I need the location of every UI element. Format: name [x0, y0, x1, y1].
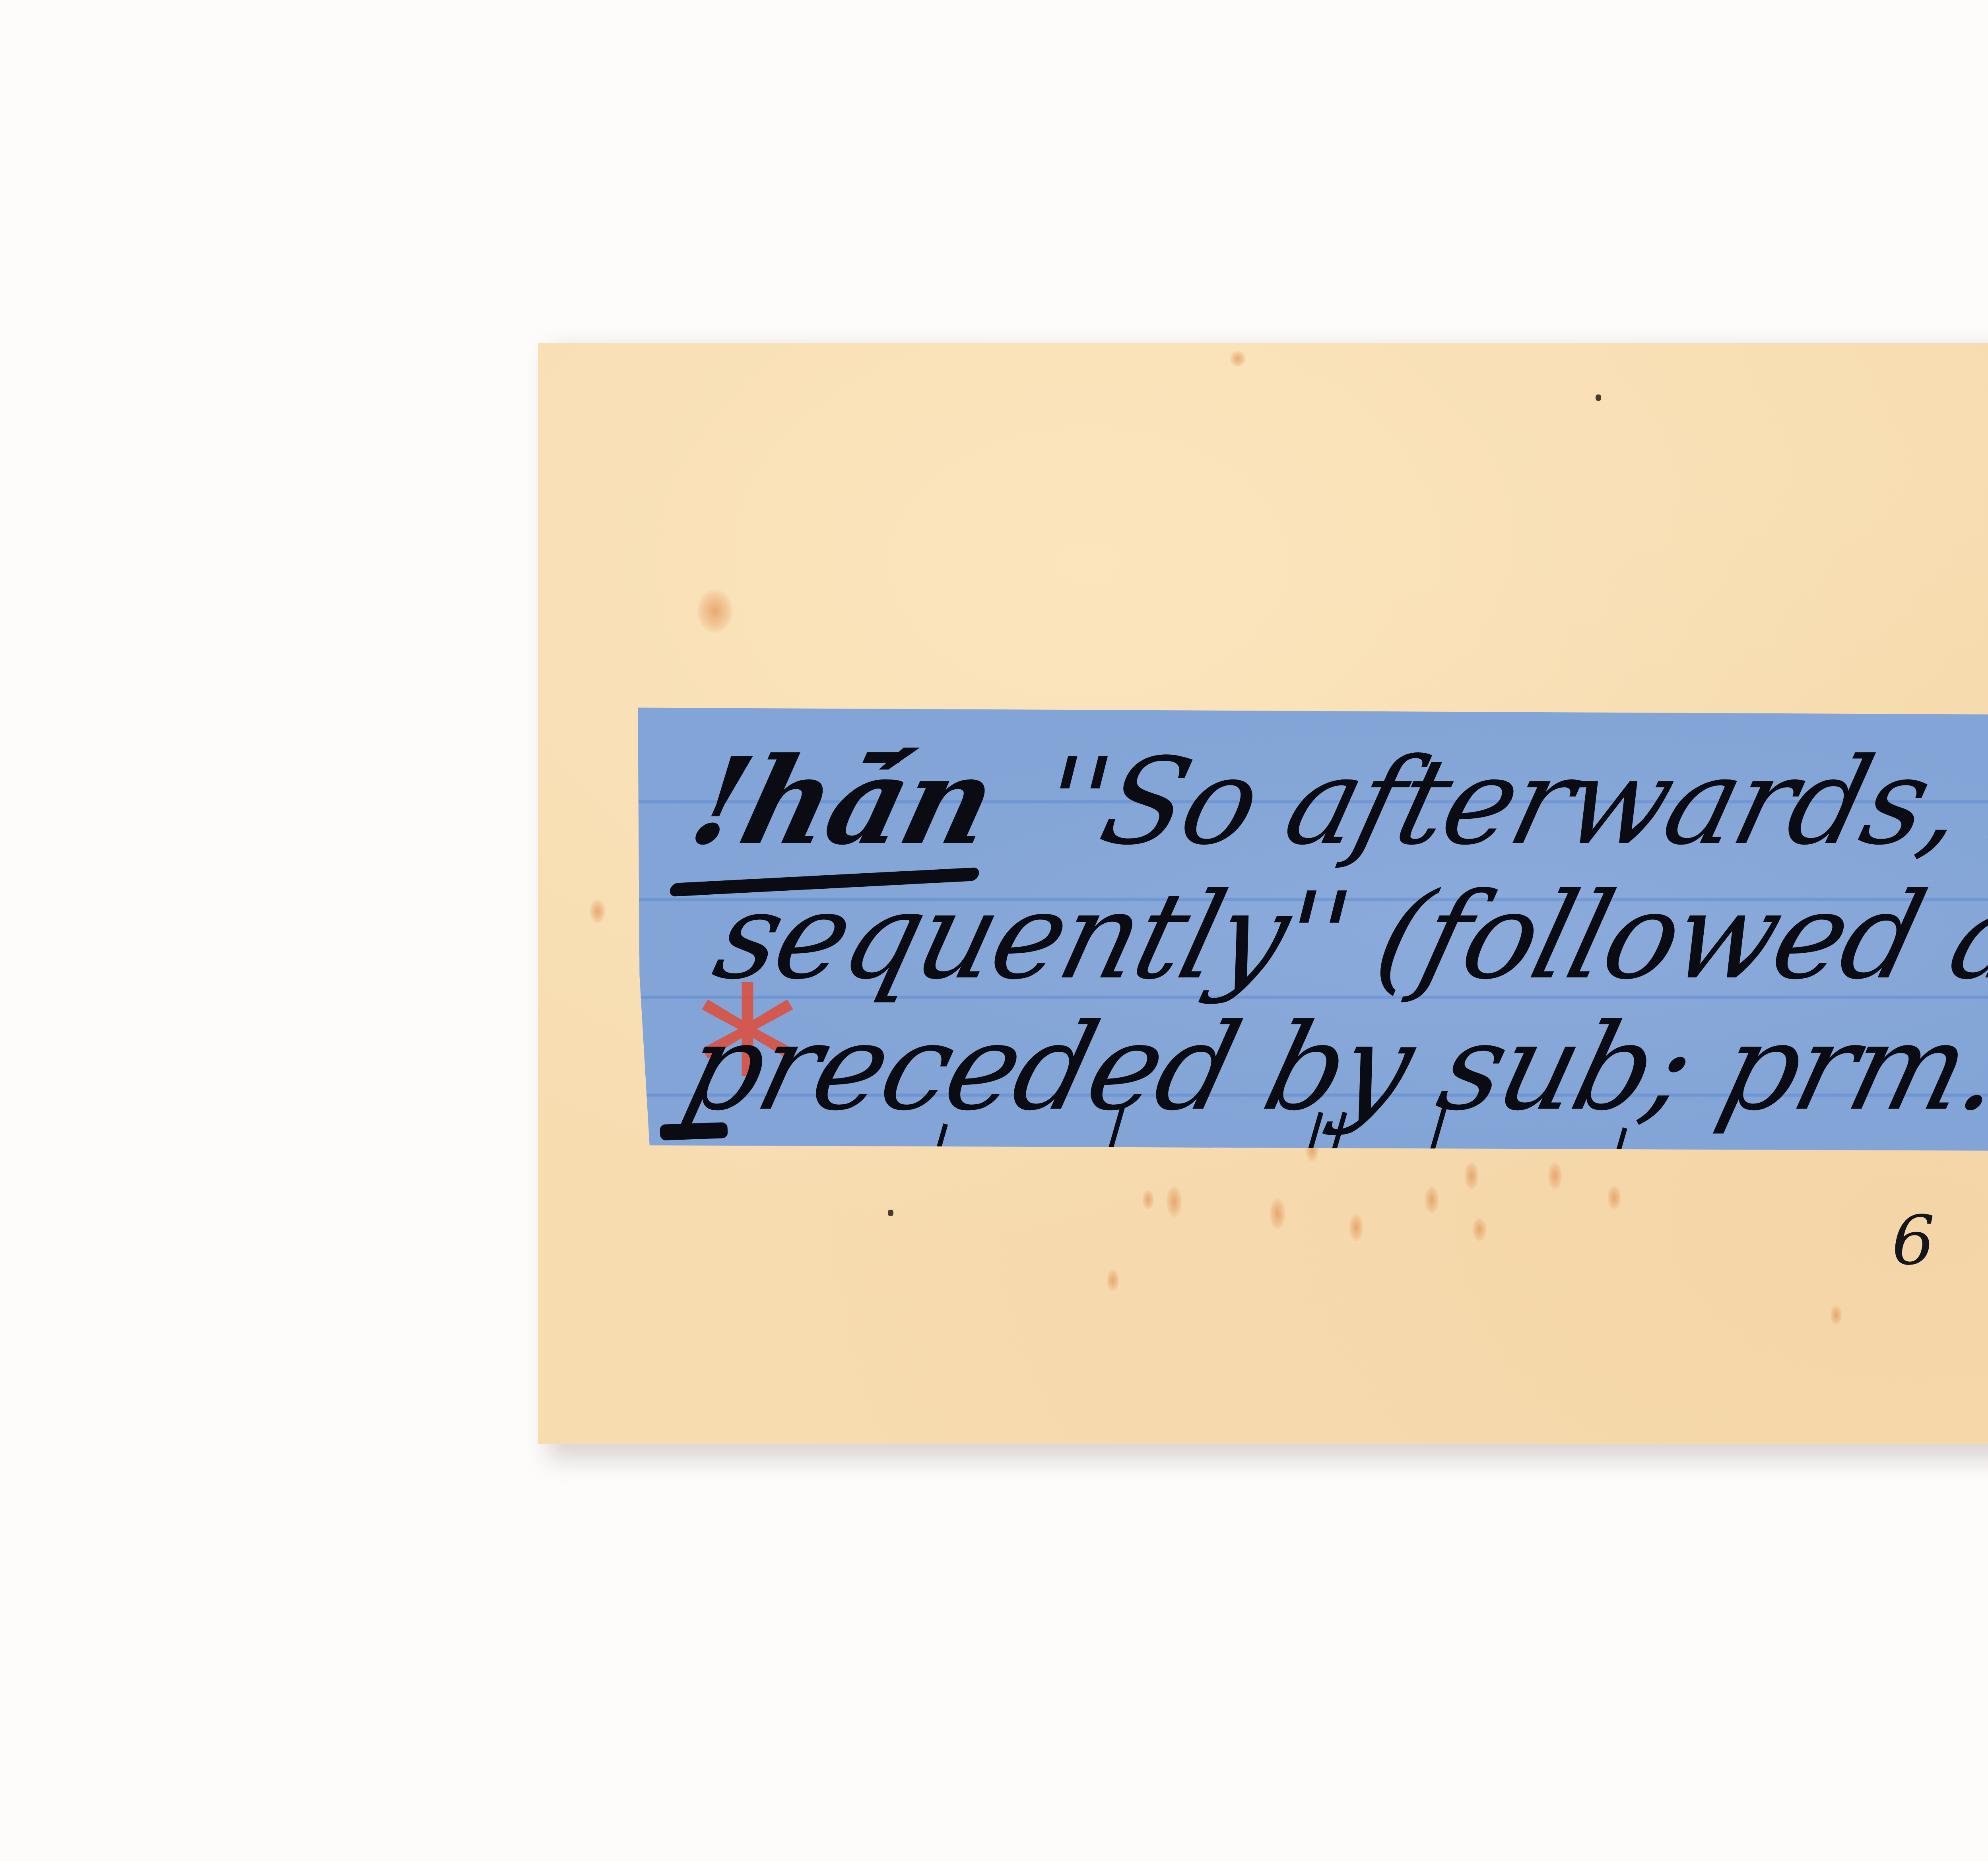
foxing-spot — [1425, 1186, 1439, 1214]
blue-slip: * !hā́n''So afterwards, sub- sequently''… — [636, 706, 1988, 1155]
ink-speck — [1596, 394, 1601, 401]
foxing-spot — [1464, 1162, 1479, 1190]
slip-line-3: preceded by sub; prm. 1177, 15; — [673, 1008, 1988, 1127]
foxing-spot — [1349, 1214, 1363, 1241]
scan-stage: 6 * !hā́n''So afterwards, sub- sequently… — [0, 0, 1988, 1861]
headword: !hā́n — [681, 742, 1004, 861]
foxing-spot — [1548, 1162, 1562, 1190]
slip-line-1: !hā́n''So afterwards, sub- — [681, 742, 1988, 862]
cutoff-stroke — [660, 1122, 728, 1140]
slip-handwriting: * !hā́n''So afterwards, sub- sequently''… — [636, 706, 1988, 1155]
foxing-spot — [1270, 1198, 1285, 1230]
ink-speck — [888, 1210, 893, 1216]
foxing-spot — [1166, 1186, 1182, 1218]
foxing-spot — [1607, 1186, 1621, 1210]
foxing-spot — [590, 899, 606, 923]
foxing-spot — [1142, 1190, 1154, 1210]
definition-text-1: ''So afterwards, sub- — [1028, 732, 1988, 871]
foxing-spot — [697, 589, 733, 633]
slip-line-2: sequently'' (followed as well as — [705, 877, 1988, 996]
foxing-spot — [1107, 1269, 1119, 1292]
card-number: 6 — [1892, 1202, 1935, 1280]
foxing-spot — [1472, 1218, 1487, 1241]
foxing-spot — [1830, 1305, 1842, 1325]
foxing-spot — [1230, 351, 1246, 367]
